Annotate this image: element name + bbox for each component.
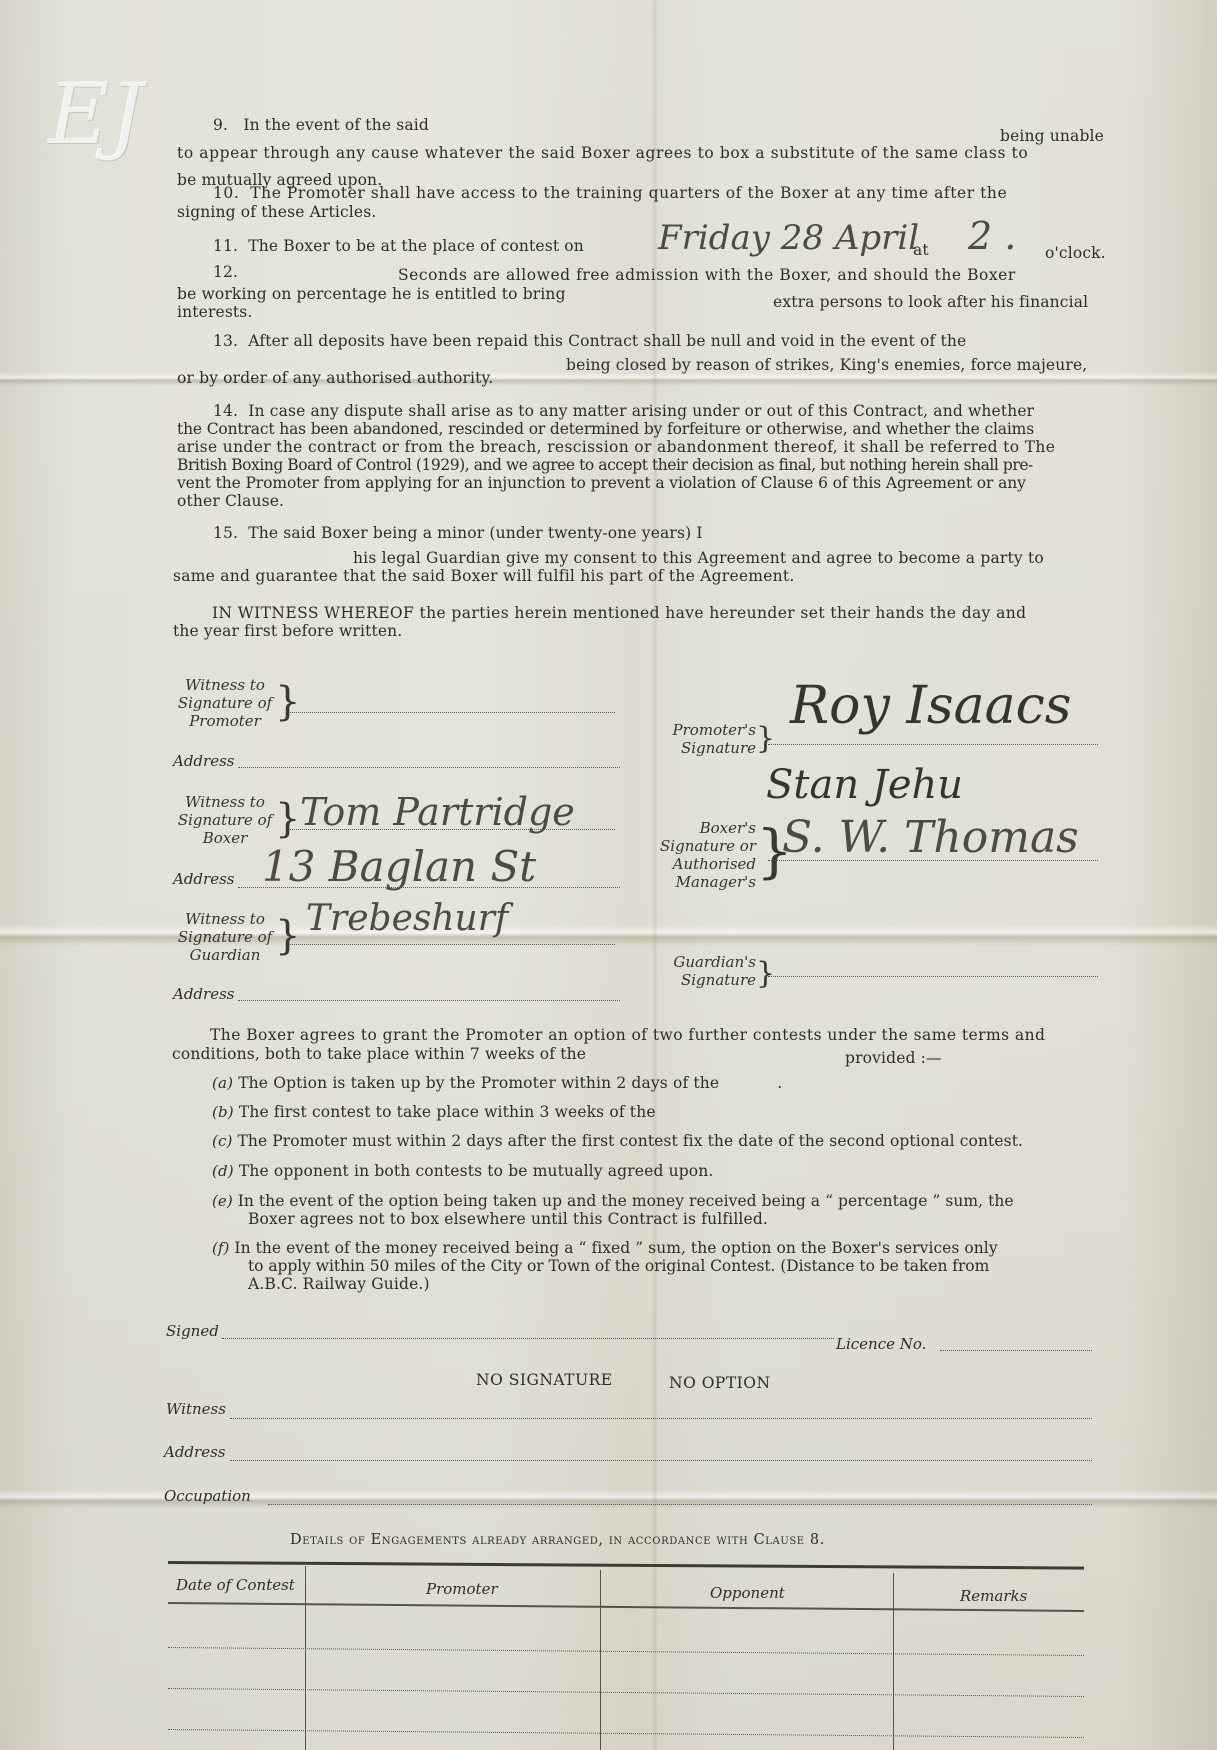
option-item-e-cont: Boxer agrees not to box elsewhere until … <box>248 1211 768 1228</box>
brace-icon: } <box>756 954 775 994</box>
clause-9-line1-right: being unable <box>1000 128 1104 145</box>
witness-promoter-signature-field[interactable] <box>290 712 615 713</box>
option-occupation-field[interactable] <box>268 1504 1092 1505</box>
clause-15-line3: same and guarantee that the said Boxer w… <box>173 568 795 585</box>
engagements-title: Details of Engagements already arranged,… <box>290 1532 825 1549</box>
clause-14-line1: 14. In case any dispute shall arise as t… <box>213 403 1034 420</box>
witness-guardian-address-field[interactable] <box>238 1000 620 1001</box>
handwritten-contest-time: 2 . <box>968 214 1016 258</box>
witness-whereof-line1: IN WITNESS WHEREOF the parties herein me… <box>212 605 1027 622</box>
table-col-divider <box>600 1570 601 1750</box>
no-signature-notice: NO SIGNATURE <box>476 1372 613 1389</box>
promoter-signature-field[interactable] <box>768 744 1098 745</box>
brace-icon: } <box>275 799 300 839</box>
clause-14-line5: vent the Promoter from applying for an i… <box>177 475 1026 492</box>
witness-guardian-signature: Trebeshurf <box>306 898 508 939</box>
option-item-f: (f) In the event of the money received b… <box>212 1240 998 1257</box>
brace-icon: } <box>756 719 775 759</box>
option-intro-line2-right: provided :— <box>845 1050 942 1067</box>
clause-10-line1: 10. The Promoter shall have access to th… <box>213 185 1007 202</box>
clause-12-num: 12. <box>213 264 238 281</box>
clause-12-line2-right: extra persons to look after his financia… <box>773 294 1088 311</box>
no-option-notice: NO OPTION <box>669 1375 771 1392</box>
clause-14-line2: the Contract has been abandoned, rescind… <box>177 421 1034 438</box>
clause-11-at: at <box>913 242 929 259</box>
witness-boxer-address: 13 Baglan St <box>262 842 536 891</box>
witness-promoter-address-label: Address <box>173 752 234 770</box>
boxer-signature-label: Boxer's Signature or Authorised Manager'… <box>648 819 756 891</box>
option-witness-label: Witness <box>166 1400 226 1418</box>
witness-guardian-signature-field[interactable] <box>290 944 615 945</box>
clause-9-line1-left: 9. In the event of the said <box>213 117 429 134</box>
clause-11-text: 11. The Boxer to be at the place of cont… <box>213 238 584 255</box>
clause-13-line3: or by order of any authorised authority. <box>177 370 493 387</box>
clause-11-oclock: o'clock. <box>1045 245 1106 262</box>
embossed-monogram-icon: EJ <box>48 62 140 166</box>
clause-13-line2: being closed by reason of strikes, King'… <box>566 357 1087 374</box>
col-header-date: Date of Contest <box>176 1576 295 1594</box>
option-address-field[interactable] <box>230 1460 1092 1461</box>
option-witness-field[interactable] <box>230 1418 1092 1419</box>
contract-page: EJ 9. In the event of the said being una… <box>0 0 1217 1750</box>
option-item-f-cont2: A.B.C. Railway Guide.) <box>248 1276 430 1293</box>
witness-boxer-signature: Tom Partridge <box>300 790 575 834</box>
promoter-signature-label: Promoter's Signature <box>656 721 756 757</box>
option-intro-line1: The Boxer agrees to grant the Promoter a… <box>210 1027 1045 1044</box>
brace-icon: } <box>275 682 300 722</box>
clause-14-line6: other Clause. <box>177 493 284 510</box>
option-item-f-cont: to apply within 50 miles of the City or … <box>248 1258 989 1275</box>
witness-boxer-address-label: Address <box>173 870 234 888</box>
witness-whereof-line2: the year first before written. <box>173 623 402 640</box>
witness-promoter-label: Witness to Signature of Promoter <box>170 676 280 730</box>
clause-12-line3: interests. <box>177 304 253 321</box>
promoter-signature: Roy Isaacs <box>790 676 1071 736</box>
option-item-b: (b) The first contest to take place with… <box>212 1104 656 1121</box>
guardian-signature-label: Guardian's Signature <box>648 953 756 989</box>
licence-label: Licence No. <box>836 1335 926 1353</box>
handwritten-contest-date: Friday 28 April <box>658 218 919 258</box>
clause-14-line3: arise under the contract or from the bre… <box>177 439 1055 456</box>
option-intro-line2-left: conditions, both to take place within 7 … <box>172 1046 586 1063</box>
table-col-divider <box>893 1573 894 1750</box>
option-item-c: (c) The Promoter must within 2 days afte… <box>212 1133 1023 1150</box>
option-item-e: (e) In the event of the option being tak… <box>212 1193 1014 1210</box>
witness-guardian-address-label: Address <box>173 985 234 1003</box>
guardian-signature-field[interactable] <box>768 976 1098 977</box>
witness-boxer-label: Witness to Signature of Boxer <box>170 793 280 847</box>
clause-15-line1: 15. The said Boxer being a minor (under … <box>213 525 703 542</box>
signed-field[interactable] <box>222 1338 834 1339</box>
signed-label: Signed <box>166 1322 219 1340</box>
witness-guardian-label: Witness to Signature of Guardian <box>170 910 280 964</box>
boxer-signature: S. W. Thomas <box>782 812 1079 863</box>
clause-12-line2-left: be working on percentage he is entitled … <box>177 286 566 303</box>
boxer-signature-manager: Stan Jehu <box>766 762 963 808</box>
col-header-opponent: Opponent <box>710 1584 785 1602</box>
option-item-d: (d) The opponent in both contests to be … <box>212 1163 714 1180</box>
clause-15-line2: his legal Guardian give my consent to th… <box>353 550 1044 567</box>
col-header-remarks: Remarks <box>960 1587 1027 1605</box>
brace-icon: } <box>275 916 300 956</box>
option-address-label: Address <box>164 1443 225 1461</box>
clause-10-line2: signing of these Articles. <box>177 204 376 221</box>
licence-number-field[interactable] <box>940 1350 1092 1351</box>
option-occupation-label: Occupation <box>164 1487 251 1505</box>
clause-12-line1: Seconds are allowed free admission with … <box>398 267 1016 284</box>
witness-promoter-address-field[interactable] <box>238 767 620 768</box>
option-item-a: (a) The Option is taken up by the Promot… <box>212 1075 782 1092</box>
col-header-promoter: Promoter <box>426 1580 498 1598</box>
clause-13-line1: 13. After all deposits have been repaid … <box>213 333 966 350</box>
table-col-divider <box>305 1566 306 1750</box>
clause-14-line4: British Boxing Board of Control (1929), … <box>177 457 1033 474</box>
